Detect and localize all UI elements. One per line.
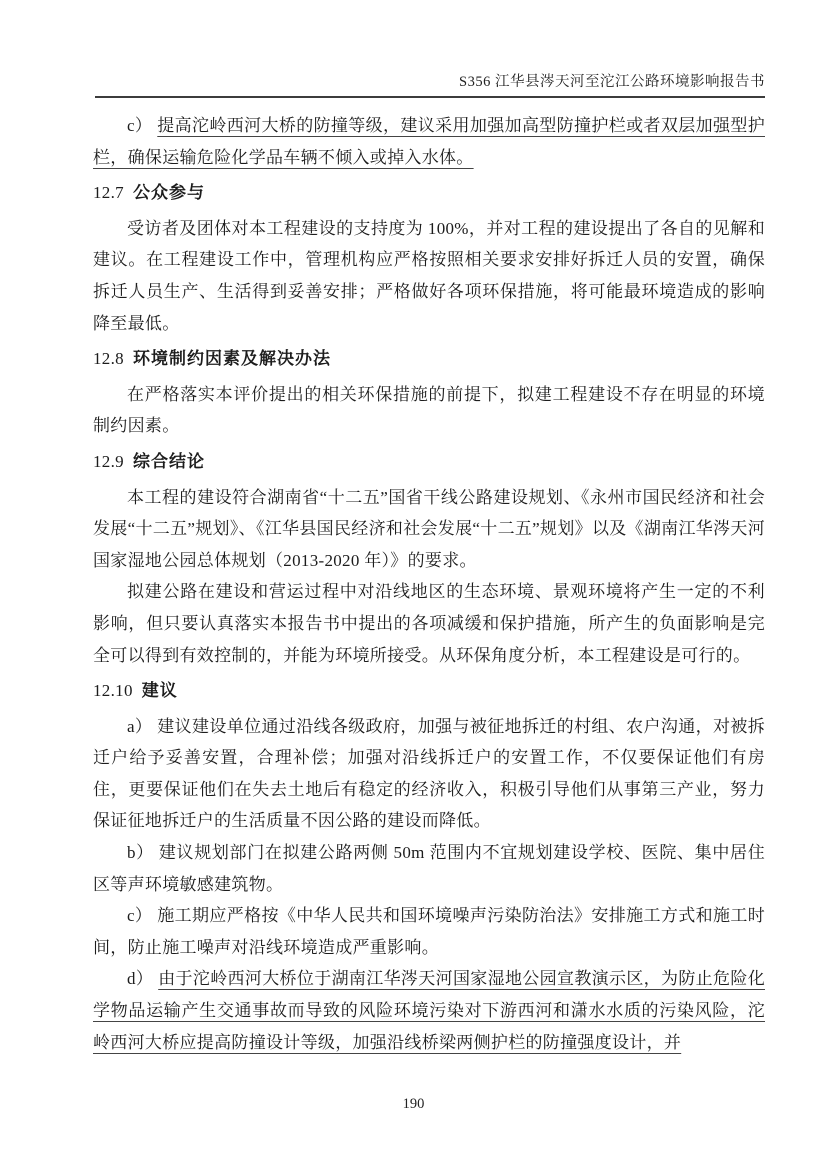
section-number: 12.7 [93,183,124,202]
header-rule [95,96,765,98]
paragraph-item-a-resettlement: a）建议建设单位通过沿线各级政府，加强与被征地拆迁的村组、农户沟通，对被拆迁户给… [93,711,765,837]
page-number: 190 [0,1096,827,1113]
paragraph-item-c-bridge-protection: c）提高沱岭西河大桥的防撞等级，建议采用加强加高型防撞护栏或者双层加强型护栏，确… [93,110,765,173]
paragraph-environmental-constraints: 在严格落实本评价提出的相关环保措施的前提下，拟建工程建设不存在明显的环境制约因素… [93,379,765,442]
paragraph-item-c-construction-noise: c）施工期应严格按《中华人民共和国环境噪声污染防治法》安排施工方式和施工时间，防… [93,900,765,963]
section-number: 12.8 [93,349,124,368]
section-heading-12-7: 12.7公众参与 [93,177,765,209]
section-title: 环境制约因素及解决办法 [133,349,331,368]
section-title: 综合结论 [133,452,205,471]
paragraph-item-b-noise-sensitive-buildings: b）建议规划部门在拟建公路两侧 50m 范围内不宜规划建设学校、医院、集中居住区… [93,837,765,900]
page-header-title: S356 江华县涔天河至沱江公路环境影响报告书 [0,0,827,92]
paragraph-conclusion-feasibility: 拟建公路在建设和营运过程中对沿线地区的生态环境、景观环境将产生一定的不利影响，但… [93,576,765,671]
item-letter: d） [127,969,153,988]
item-letter: a） [127,717,152,736]
item-letter: c） [127,906,152,925]
section-number: 12.9 [93,452,124,471]
section-title: 建议 [142,681,178,700]
item-text: 建议建设单位通过沿线各级政府，加强与被征地拆迁的村组、农户沟通，对被拆迁户给予妥… [93,717,765,831]
item-letter: c） [127,116,152,135]
paragraph-public-participation: 受访者及团体对本工程建设的支持度为 100%，并对工程的建设提出了各自的见解和建… [93,213,765,339]
section-heading-12-8: 12.8环境制约因素及解决办法 [93,343,765,375]
underlined-text: 提高沱岭西河大桥的防撞等级，建议采用加强加高型防撞护栏或者双层加强型护栏，确保运… [93,116,765,167]
document-body: c）提高沱岭西河大桥的防撞等级，建议采用加强加高型防撞护栏或者双层加强型护栏，确… [93,110,765,1058]
section-title: 公众参与 [133,183,205,202]
underlined-text: 由于沱岭西河大桥位于湖南江华涔天河国家湿地公园宣教演示区，为防止危险化学物品运输… [93,969,765,1051]
section-number: 12.10 [93,681,133,700]
item-text: 建议规划部门在拟建公路两侧 50m 范围内不宜规划建设学校、医院、集中居住区等声… [93,843,765,894]
item-text: 施工期应严格按《中华人民共和国环境噪声污染防治法》安排施工方式和施工时间，防止施… [93,906,765,957]
paragraph-item-d-bridge-risk: d）由于沱岭西河大桥位于湖南江华涔天河国家湿地公园宣教演示区，为防止危险化学物品… [93,963,765,1058]
paragraph-conclusion-planning: 本工程的建设符合湖南省“十二五”国省干线公路建设规划、《永州市国民经济和社会发展… [93,482,765,577]
section-heading-12-10: 12.10建议 [93,675,765,707]
item-letter: b） [127,843,154,862]
section-heading-12-9: 12.9综合结论 [93,446,765,478]
document-page: S356 江华县涔天河至沱江公路环境影响报告书 c）提高沱岭西河大桥的防撞等级，… [0,0,827,1169]
